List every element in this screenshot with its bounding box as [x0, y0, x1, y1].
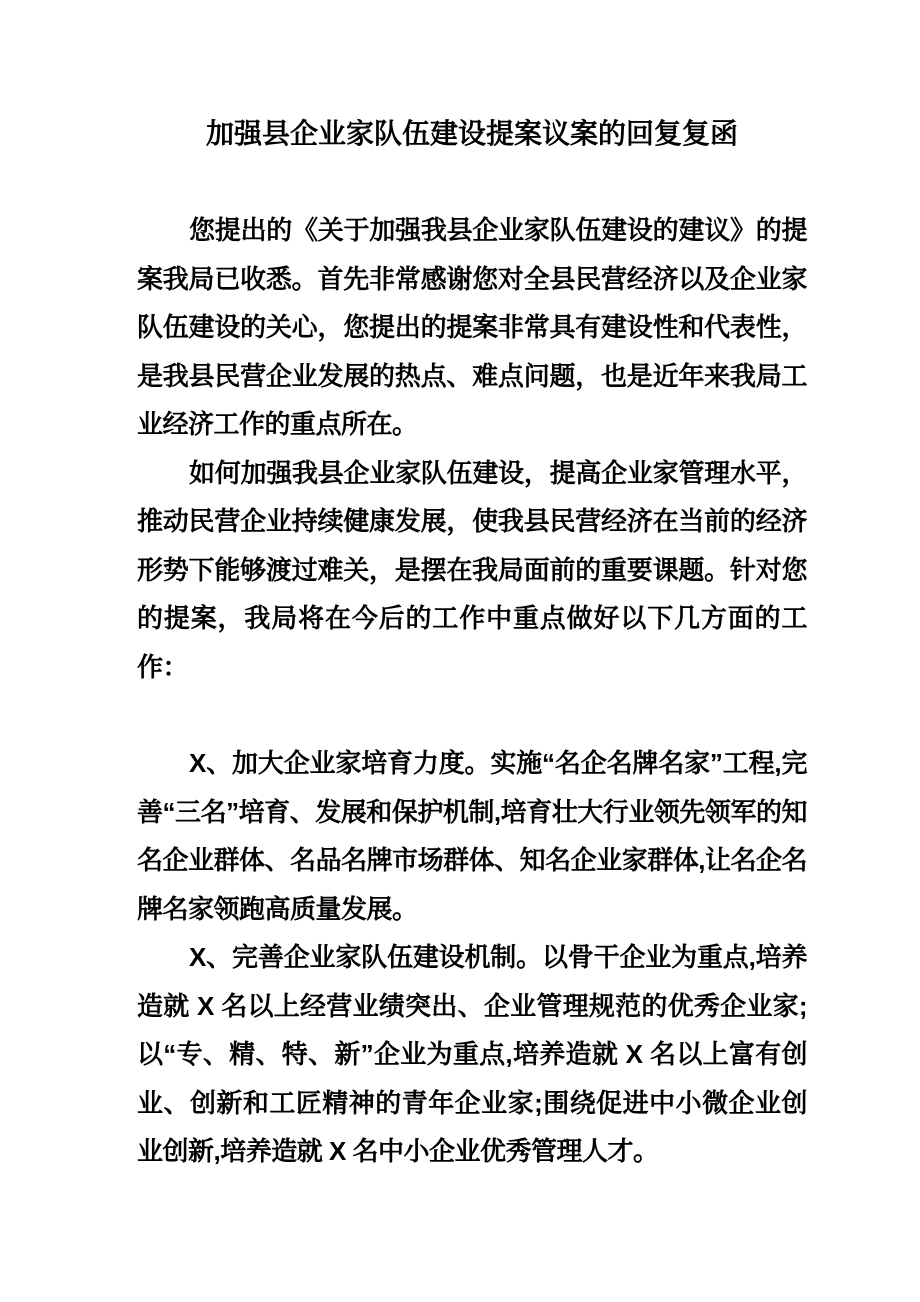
document-page: 加强县企业家队伍建设提案议案的回复复函 您提出的《关于加强我县企业家队伍建设的建… [0, 0, 920, 1302]
paragraph-item-cultivation: X、加大企业家培育力度。实施“名企名牌名家”工程,完善“三名”培育、发展和保护机… [137, 739, 807, 933]
paragraph-approach: 如何加强我县企业家队伍建设，提高企业家管理水平，推动民营企业持续健康发展，使我县… [137, 449, 807, 692]
paragraph-intro: 您提出的《关于加强我县企业家队伍建设的建议》的提案我局已收悉。首先非常感谢您对全… [137, 206, 807, 449]
paragraph-item-mechanism: X、完善企业家队伍建设机制。以骨干企业为重点,培养造就 X 名以上经营业绩突出、… [137, 933, 807, 1176]
document-title: 加强县企业家队伍建设提案议案的回复复函 [137, 110, 807, 158]
